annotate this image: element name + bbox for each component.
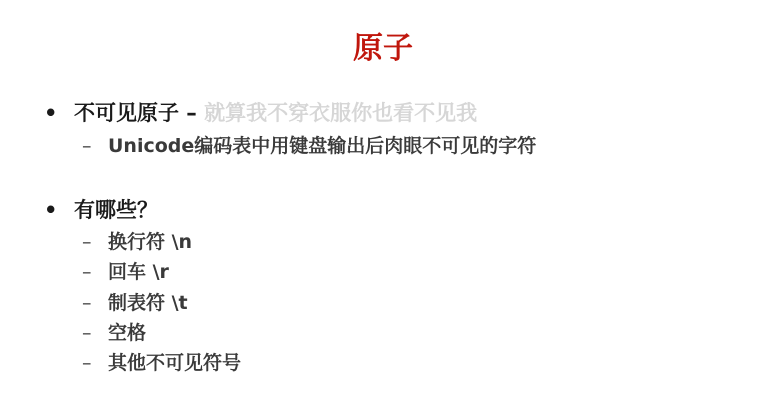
sub-item-text: Unicode编码表中用键盘输出后肉眼不可见的字符 [108, 135, 536, 157]
separator: – [179, 101, 204, 125]
slide-title: 原子 [0, 29, 766, 69]
dash-icon: – [82, 132, 108, 160]
sub-item: –回车 \r [82, 258, 169, 286]
bullet-text: 有哪些？ [74, 198, 158, 222]
sub-item-text: 其他不可见符号 [108, 352, 241, 374]
sub-item-text: 回车 \r [108, 261, 169, 283]
sub-item: –Unicode编码表中用键盘输出后肉眼不可见的字符 [82, 132, 536, 160]
bullet-text: 不可见原子 [74, 101, 179, 125]
sub-item: –换行符 \n [82, 228, 192, 256]
bullet-invisible-atom: •不可见原子 – 就算我不穿衣服你也看不见我 [44, 99, 477, 127]
bullet-icon: • [44, 99, 74, 127]
sub-item: –空格 [82, 319, 146, 347]
dash-icon: – [82, 258, 108, 286]
dash-icon: – [82, 228, 108, 256]
bullet-which-ones: •有哪些？ [44, 196, 158, 224]
bullet-icon: • [44, 196, 74, 224]
dash-icon: – [82, 349, 108, 377]
dash-icon: – [82, 289, 108, 317]
sub-item-text: 制表符 \t [108, 292, 188, 314]
sub-item-text: 换行符 \n [108, 231, 192, 253]
dash-icon: – [82, 319, 108, 347]
sub-item: –制表符 \t [82, 289, 188, 317]
faint-text: 就算我不穿衣服你也看不见我 [204, 101, 477, 125]
sub-item: –其他不可见符号 [82, 349, 241, 377]
sub-item-text: 空格 [108, 322, 146, 344]
